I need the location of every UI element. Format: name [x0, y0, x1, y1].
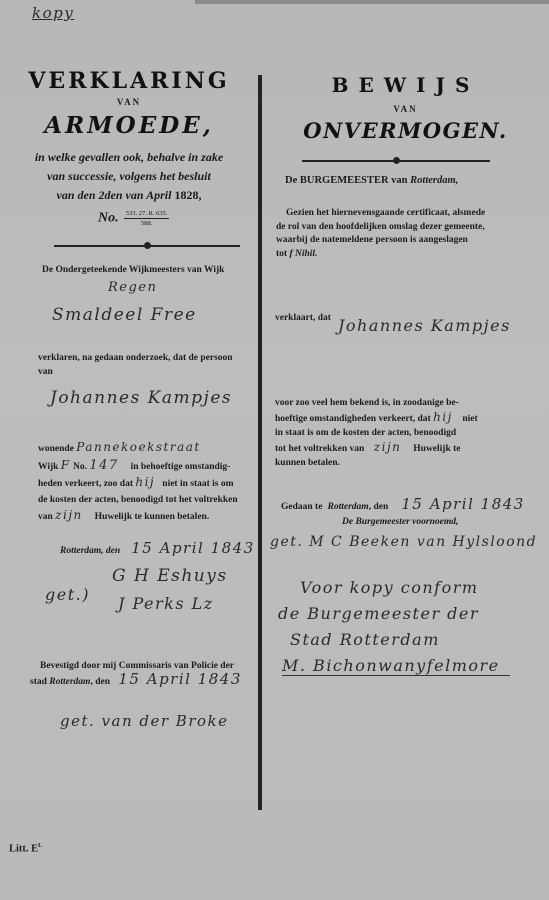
- clause-line: van den 2den van April 1828,: [0, 186, 258, 205]
- done-place-date: Gedaan te Rotterdam, den 15 April 1843: [281, 494, 525, 514]
- reference-number: No. 533. 27. R. 635. 588.: [98, 208, 169, 228]
- right-declares: verklaart, dat: [275, 312, 331, 325]
- mayor-signature: get. M C Beeken van Hylsloond: [270, 534, 537, 550]
- confirm-line-2: stad Rotterdam, den 15 April 1843: [30, 673, 242, 689]
- right-possessive: zijn: [374, 440, 402, 454]
- left-ornament-rule: [54, 245, 240, 247]
- left-van-label: van: [38, 366, 53, 379]
- right-ornament-rule: [302, 160, 490, 162]
- wijkmeester-name: Smaldeel Free: [52, 305, 197, 325]
- commissaris-signature: get. van der Broke: [60, 712, 229, 730]
- left-intro: De Ondergeteekende Wijkmeesters van Wijk: [42, 264, 224, 277]
- signed-prefix: get.): [45, 585, 90, 604]
- right-title: BEWIJS: [262, 73, 549, 97]
- copy-line-2: de Burgemeester der: [278, 604, 479, 623]
- possessive: zijn: [55, 508, 83, 522]
- signer-2: J Perks Lz: [118, 594, 214, 613]
- litt-label: Litt. EL: [9, 843, 42, 855]
- right-subtitle: ONVERMOGEN.: [262, 118, 549, 143]
- copy-line-1: Voor kopy conform: [300, 578, 479, 597]
- left-place-date: Rotterdam, den 15 April 1843: [60, 538, 255, 558]
- right-person-name: Johannes Kampjes: [338, 316, 511, 335]
- tax-amount: f Nihil.: [289, 249, 317, 259]
- mayor-title: De Burgemeester voornoemd,: [342, 516, 458, 529]
- left-van: VAN: [0, 97, 258, 107]
- copy-line-3: Stad Rotterdam: [290, 630, 440, 649]
- done-date: 15 April 1843: [401, 495, 525, 513]
- left-person-name: Johannes Kampjes: [50, 388, 232, 408]
- copy-signature: M. Bichonwanyfelmore: [282, 656, 510, 676]
- pronoun: hij: [135, 475, 155, 489]
- left-date: 15 April 1843: [131, 539, 255, 557]
- clause-line: in welke gevallen ook, behalve in zake: [0, 148, 258, 167]
- left-residence-paragraph: wonende Pannekoekstraat Wijk F No. 147 i…: [38, 440, 260, 526]
- clause-line: van successie, volgens het besluit: [0, 167, 258, 186]
- right-paragraph-1: Gezien het hiernevensgaande certificaat,…: [276, 207, 498, 261]
- wijk-name: Regen: [108, 280, 157, 295]
- paper-top-edge: [195, 0, 549, 4]
- street-name: Pannekoekstraat: [76, 440, 200, 454]
- house-number: 147: [89, 458, 118, 473]
- right-paragraph-2: voor zoo veel hem bekend is, in zoodanig…: [275, 396, 507, 470]
- confirm-date: 15 April 1843: [118, 670, 242, 688]
- kopy-note: kopy: [32, 4, 74, 22]
- right-van: VAN: [262, 104, 549, 114]
- left-declare: verklaren, na gedaan onderzoek, dat de p…: [38, 352, 256, 365]
- mayor-line: De BURGEMEESTER van Rotterdam,: [285, 175, 458, 186]
- right-pronoun: hij: [433, 410, 453, 424]
- wijk-letter: F: [61, 458, 71, 472]
- left-title: VERKLARING: [0, 68, 258, 94]
- left-clause: in welke gevallen ook, behalve in zake v…: [0, 148, 258, 205]
- left-subtitle: ARMOEDE,: [0, 112, 258, 139]
- signer-1: G H Eshuys: [112, 566, 228, 586]
- document-page: kopy VERKLARING VAN ARMOEDE, in welke ge…: [0, 0, 549, 900]
